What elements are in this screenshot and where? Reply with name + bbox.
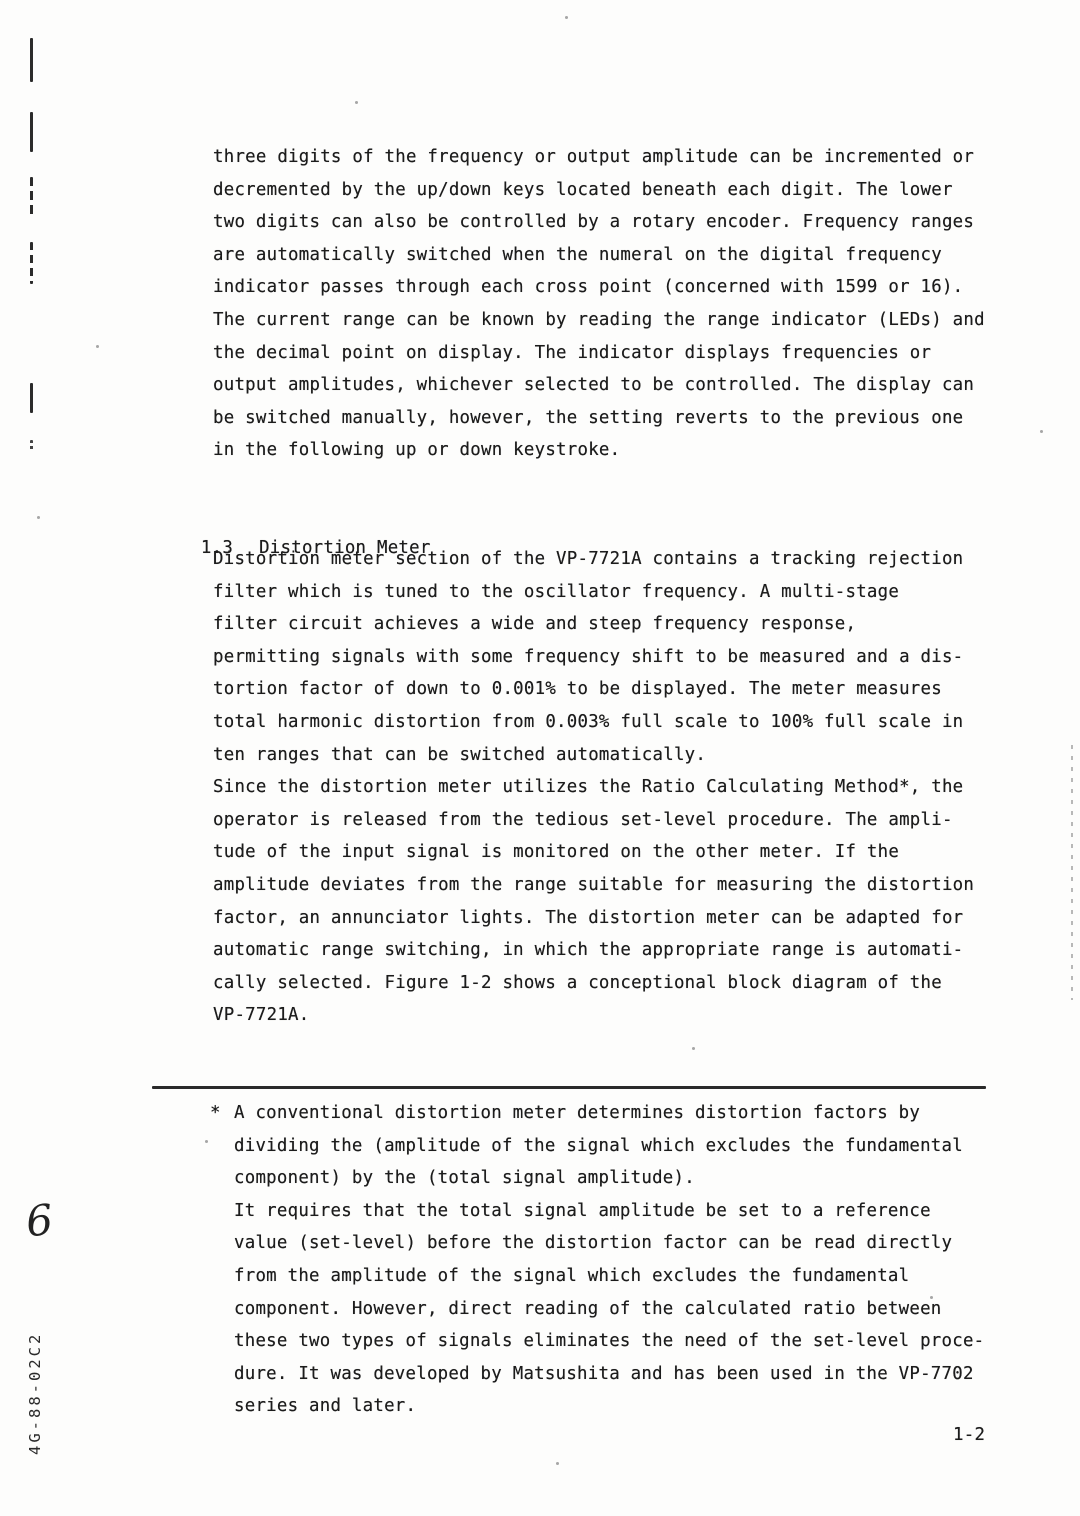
margin-scan-mark bbox=[30, 242, 33, 284]
section-body-paragraph: Distortion meter section of the VP-7721A… bbox=[213, 543, 1003, 1032]
document-code-stamp: 4G-88-02C2 bbox=[26, 1332, 44, 1455]
footnote-text: A conventional distortion meter determin… bbox=[234, 1097, 1004, 1423]
margin-scan-mark bbox=[30, 112, 33, 152]
scan-speck bbox=[355, 101, 358, 104]
page-number: 1-2 bbox=[953, 1419, 985, 1452]
intro-paragraph: three digits of the frequency or output … bbox=[213, 141, 1003, 467]
scan-speck bbox=[556, 1462, 559, 1465]
scanned-manual-page: three digits of the frequency or output … bbox=[0, 0, 1080, 1516]
margin-scan-mark bbox=[30, 440, 33, 450]
handwritten-margin-note: 6 bbox=[24, 1195, 56, 1247]
margin-scan-mark bbox=[30, 38, 33, 82]
scan-speck bbox=[96, 345, 99, 348]
scan-speck bbox=[1040, 430, 1043, 433]
scan-speck bbox=[205, 1140, 208, 1143]
footnote-asterisk: * bbox=[210, 1097, 221, 1130]
scan-speck bbox=[930, 1296, 933, 1299]
margin-scan-mark bbox=[30, 177, 33, 217]
scan-speck bbox=[37, 516, 40, 519]
margin-scan-mark bbox=[30, 383, 33, 413]
scan-speck bbox=[692, 1047, 695, 1050]
footnote-separator-rule bbox=[152, 1086, 986, 1089]
scan-speck bbox=[565, 16, 568, 19]
scan-artifact-line bbox=[1071, 745, 1073, 1000]
